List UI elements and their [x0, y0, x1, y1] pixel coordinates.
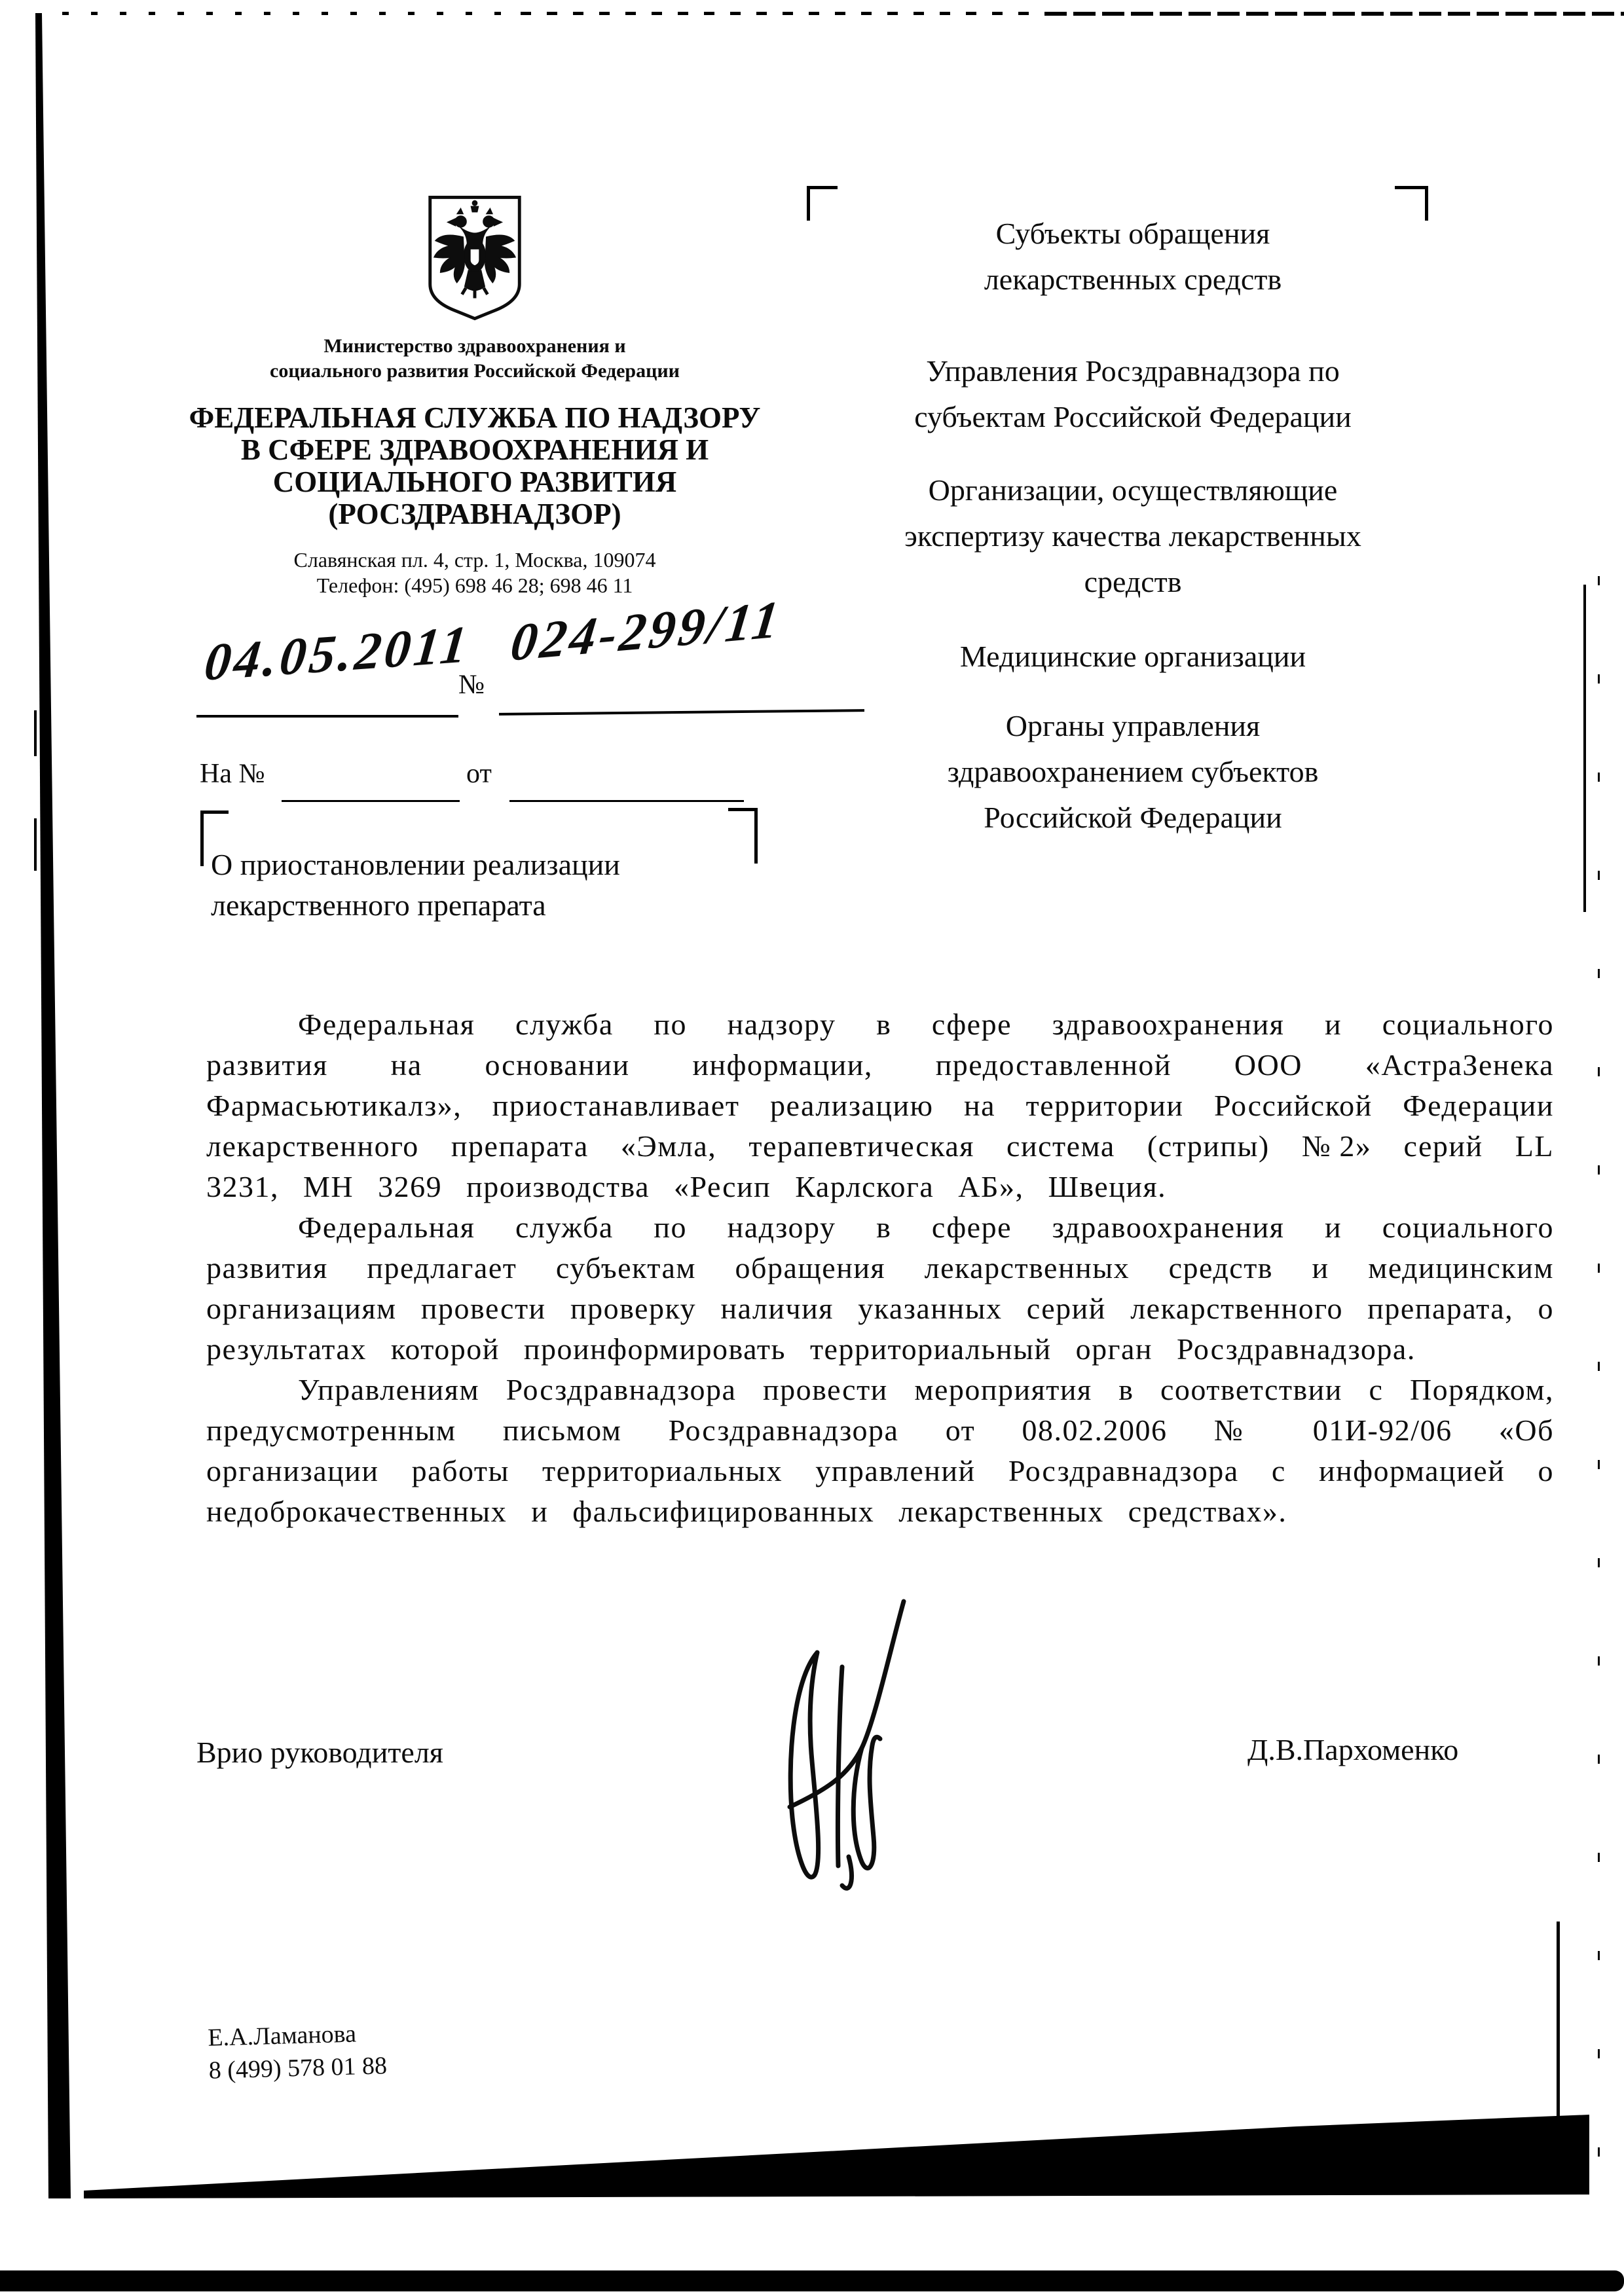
- reply-date-underline: [509, 800, 744, 802]
- recipient-line: лекарственных средств: [812, 257, 1454, 302]
- recipient-line: экспертизу качества лекарственных: [812, 513, 1454, 559]
- letter-subject: О приостановлении реализации лекарственн…: [211, 845, 754, 926]
- letter-subject-line2: лекарственного препарата: [211, 885, 754, 926]
- recipient-line: субъектам Российской Федерации: [812, 394, 1454, 440]
- letterhead: Министерство здравоохранения и социально…: [177, 194, 773, 598]
- executor-phone: 8 (499) 578 01 88: [208, 2049, 388, 2087]
- scan-right-line: [1557, 1922, 1560, 2118]
- letter-subject-line1: О приостановлении реализации: [211, 845, 754, 885]
- letter-body: Федеральная служба по надзору в сфере зд…: [206, 1004, 1554, 1532]
- recipient-line: средств: [812, 559, 1454, 605]
- agency-phone: Телефон: (495) 698 46 28; 698 46 11: [177, 573, 773, 598]
- body-paragraph-3: Управлениям Росздравнадзора провести мер…: [206, 1370, 1554, 1532]
- signer-name: Д.В.Пархоменко: [1247, 1732, 1458, 1767]
- recipient-line: Органы управления: [812, 703, 1454, 749]
- recipient-group-3: Организации, осуществляющие экспертизу к…: [812, 467, 1454, 605]
- ministry-name-line1: Министерство здравоохранения и: [177, 334, 773, 359]
- recipient-line: здравоохранением субъектов: [812, 749, 1454, 795]
- number-underline: [499, 709, 864, 716]
- scan-top-dashed-line: [62, 12, 521, 15]
- scan-top-dashed-line: [1044, 12, 1624, 16]
- scan-top-dashed-line: [521, 12, 1044, 15]
- agency-name-line1: ФЕДЕРАЛЬНАЯ СЛУЖБА ПО НАДЗОРУ: [177, 402, 773, 434]
- agency-address: Славянская пл. 4, стр. 1, Москва, 109074: [177, 547, 773, 573]
- signer-title: Врио руководителя: [196, 1735, 443, 1770]
- agency-name-line3: СОЦИАЛЬНОГО РАЗВИТИЯ: [177, 466, 773, 498]
- reply-from-label: от: [466, 758, 492, 790]
- agency-name-line4: (РОСЗДРАВНАДЗОР): [177, 498, 773, 530]
- executor-contact: Е.А.Ламанова 8 (499) 578 01 88: [208, 2016, 388, 2087]
- scan-right-dotted-line: [1598, 576, 1600, 2160]
- ministry-name-line2: социального развития Российской Федераци…: [177, 359, 773, 384]
- scan-left-tick: [34, 818, 37, 871]
- recipient-group-1: Субъекты обращения лекарственных средств: [812, 211, 1454, 302]
- ministry-name: Министерство здравоохранения и социально…: [177, 334, 773, 384]
- recipient-line: Организации, осуществляющие: [812, 467, 1454, 513]
- scan-left-tick: [34, 710, 37, 756]
- handwritten-outgoing-number: 024-299/11: [507, 590, 785, 674]
- agency-contact: Славянская пл. 4, стр. 1, Москва, 109074…: [177, 547, 773, 598]
- agency-name-line2: В СФЕРЕ ЗДРАВООХРАНЕНИЯ И: [177, 434, 773, 466]
- reply-number-underline: [282, 800, 460, 802]
- reply-to-number-label: На №: [200, 758, 265, 790]
- coat-of-arms-icon: [424, 194, 526, 323]
- scanned-letter-page: Министерство здравоохранения и социально…: [0, 0, 1624, 2296]
- recipient-line: Управления Росздравнадзора по: [812, 348, 1454, 394]
- recipient-line: Медицинские организации: [812, 634, 1454, 680]
- scan-edge-left-bar: [0, 0, 79, 2200]
- signature-ink: [752, 1590, 922, 1897]
- scan-right-line: [1583, 585, 1586, 912]
- scan-page-bottom-edge: [0, 2095, 1624, 2226]
- handwritten-date: 04.05.2011: [202, 615, 473, 693]
- executor-name: Е.А.Ламанова: [208, 2016, 387, 2054]
- recipient-group-2: Управления Росздравнадзора по субъектам …: [812, 348, 1454, 440]
- recipient-group-4: Медицинские организации: [812, 634, 1454, 680]
- agency-name: ФЕДЕРАЛЬНАЯ СЛУЖБА ПО НАДЗОРУ В СФЕРЕ ЗД…: [177, 402, 773, 530]
- recipient-group-5: Органы управления здравоохранением субъе…: [812, 703, 1454, 841]
- body-paragraph-1: Федеральная служба по надзору в сфере зд…: [206, 1004, 1554, 1207]
- number-sign-label: №: [458, 669, 485, 701]
- recipient-line: Российской Федерации: [812, 795, 1454, 841]
- scan-bottom-bar: [0, 2270, 1624, 2291]
- date-underline: [196, 715, 458, 718]
- body-paragraph-2: Федеральная служба по надзору в сфере зд…: [206, 1207, 1554, 1370]
- recipient-line: Субъекты обращения: [812, 211, 1454, 257]
